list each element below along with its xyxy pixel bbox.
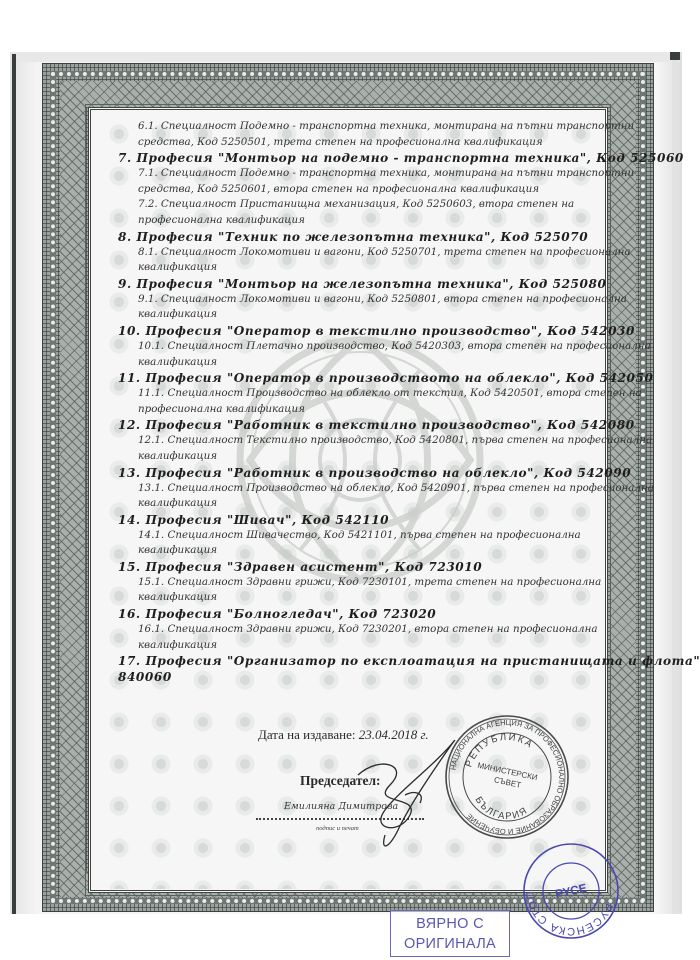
entry-line: 7.1. Специалност Подемно - транспортна т… [138, 166, 586, 182]
qualifications-list: 6.1. Специалност Подемно - транспортна т… [104, 119, 594, 685]
entry-line: средства, Код 5250601, втора степен на п… [138, 182, 586, 198]
profession-heading: 11. Професия "Оператор в производството … [118, 370, 594, 386]
sheet-top-edge [12, 52, 680, 62]
chamber-seal-center: РУСЕ [554, 881, 588, 901]
entry-line: професионална квалификация [138, 213, 586, 229]
profession-heading: 14. Професия "Шивач", Код 542110 [118, 512, 594, 528]
specialty-entry: 12.1. Специалност Текстилно производство… [138, 433, 586, 464]
chamber-seal: РУСЕНСКА СТОПАНСКА КАМАРА * РУСЕ [522, 842, 620, 940]
specialty-entry: 6.1. Специалност Подемно - транспортна т… [138, 119, 586, 150]
specialty-entry: 7.2. Специалност Пристанищна механизация… [138, 197, 586, 228]
scan-edge-right [672, 60, 678, 914]
profession-heading: 17. Професия "Организатор по експлоатаци… [118, 653, 594, 685]
profession-heading: 8. Професия "Техник по железопътна техни… [118, 229, 594, 245]
specialty-entry: 14.1. Специалност Шивачество, Код 542110… [138, 528, 586, 559]
entry-line: квалификация [138, 449, 586, 465]
entry-line: 840060 [118, 669, 594, 685]
specialty-entry: 9.1. Специалност Локомотиви и вагони, Ко… [138, 292, 586, 323]
specialty-entry: 15.1. Специалност Здравни грижи, Код 723… [138, 575, 586, 606]
entry-line: 17. Професия "Организатор по експлоатаци… [118, 653, 594, 669]
profession-heading: 7. Професия "Монтьор на подемно - трансп… [118, 150, 594, 166]
issue-date-label: Дата на издаване: [258, 727, 355, 742]
certified-copy-stamp: ВЯРНО С ОРИГИНАЛА [390, 910, 510, 957]
entry-line: квалификация [138, 543, 586, 559]
entry-line: 11.1. Специалност Производство на облекл… [138, 386, 586, 402]
profession-heading: 12. Професия "Работник в текстилно произ… [118, 417, 594, 433]
specialty-entry: 7.1. Специалност Подемно - транспортна т… [138, 166, 586, 197]
scan-edge-left [12, 54, 16, 914]
entry-line: квалификация [138, 496, 586, 512]
entry-line: квалификация [138, 355, 586, 371]
entry-line: 13.1. Специалност Производство на облекл… [138, 481, 586, 497]
entry-line: квалификация [138, 638, 586, 654]
entry-line: квалификация [138, 307, 586, 323]
specialty-entry: 10.1. Специалност Плетачно производство,… [138, 339, 586, 370]
entry-line: 8.1. Специалност Локомотиви и вагони, Ко… [138, 245, 586, 261]
official-seal: НАЦИОНАЛНА АГЕНЦИЯ ЗА ПРОФЕСИОНАЛНО ОБРА… [442, 712, 572, 842]
certified-line1: ВЯРНО С [391, 914, 509, 934]
specialty-entry: 13.1. Специалност Производство на облекл… [138, 481, 586, 512]
profession-heading: 13. Професия "Работник в производство на… [118, 465, 594, 481]
entry-line: 14.1. Специалност Шивачество, Код 542110… [138, 528, 586, 544]
profession-heading: 9. Професия "Монтьор на железопътна техн… [118, 276, 594, 292]
specialty-entry: 8.1. Специалност Локомотиви и вагони, Ко… [138, 245, 586, 276]
seal-bottom-arc: БЪЛГАРИЯ [473, 795, 531, 822]
specialty-entry: 16.1. Специалност Здравни грижи, Код 723… [138, 622, 586, 653]
entry-line: средства, Код 5250501, трета степен на п… [138, 135, 586, 151]
entry-line: квалификация [138, 590, 586, 606]
profession-heading: 16. Професия "Болногледач", Код 723020 [118, 606, 594, 622]
svg-text:БЪЛГАРИЯ: БЪЛГАРИЯ [473, 795, 531, 822]
scan-edge-mark-right [670, 52, 680, 60]
entry-line: 7.2. Специалност Пристанищна механизация… [138, 197, 586, 213]
profession-heading: 10. Професия "Оператор в текстилно произ… [118, 323, 594, 339]
entry-line: 16.1. Специалност Здравни грижи, Код 723… [138, 622, 586, 638]
entry-line: 15.1. Специалност Здравни грижи, Код 723… [138, 575, 586, 591]
entry-line: 6.1. Специалност Подемно - транспортна т… [138, 119, 586, 135]
entry-line: квалификация [138, 260, 586, 276]
entry-line: 12.1. Специалност Текстилно производство… [138, 433, 586, 449]
specialty-entry: 11.1. Специалност Производство на облекл… [138, 386, 586, 417]
profession-heading: 15. Професия "Здравен асистент", Код 723… [118, 559, 594, 575]
entry-line: 9.1. Специалност Локомотиви и вагони, Ко… [138, 292, 586, 308]
certified-line2: ОРИГИНАЛА [391, 934, 509, 954]
entry-line: професионална квалификация [138, 402, 586, 418]
entry-line: 10.1. Специалност Плетачно производство,… [138, 339, 586, 355]
